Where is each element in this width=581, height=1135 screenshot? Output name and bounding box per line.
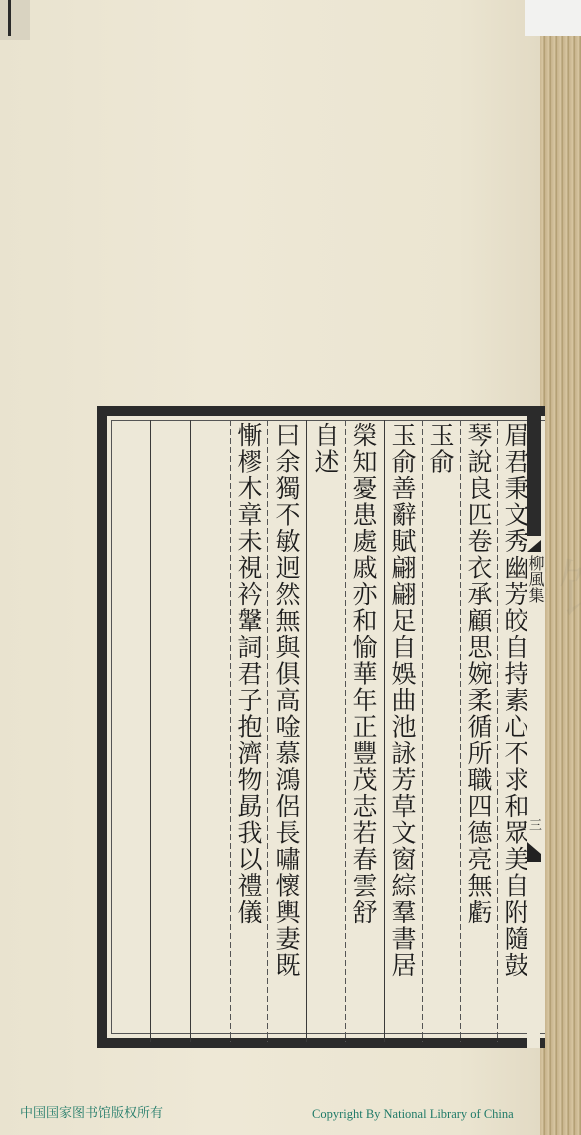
text-column-5: 榮知憂患處戚亦和愉華年正豐茂志若春雲舒 <box>348 422 378 926</box>
column-rule <box>306 420 307 1042</box>
page-edge-strip <box>0 0 30 40</box>
text-column-4: 玉俞善辭賦翩翩足自娛曲池詠芳草文窗綜羣書居 <box>387 422 417 979</box>
column-rule <box>190 420 191 1042</box>
text-column-6-heading: 自述 <box>310 422 340 475</box>
banxin-title: 柳風集 <box>527 555 543 603</box>
column-rule <box>384 420 385 1042</box>
text-column-1: 眉君秉文秀幽芳皎自持素心不求和眾美自附隨鼓 <box>500 422 530 979</box>
edge-bar <box>8 0 11 36</box>
column-rule <box>497 420 498 1042</box>
column-rule <box>150 420 151 1042</box>
text-column-3-heading: 玉俞 <box>425 422 455 475</box>
copyright-english: Copyright By National Library of China <box>312 1107 514 1122</box>
text-column-8: 慚樛木章未視衿鞶詞君子抱濟物勗我以禮儀 <box>233 422 263 926</box>
text-column-2: 琴說良匹卷衣承顧思婉柔循所職四德亮無虧 <box>463 422 493 926</box>
text-column-7: 曰余獨不敏迥然無與俱高唫慕鴻侶長嘯懷輿妻既 <box>271 422 301 979</box>
banxin-page-number: 三 <box>527 818 543 831</box>
column-rule <box>230 420 231 1042</box>
column-rule <box>267 420 268 1042</box>
column-rule <box>345 420 346 1042</box>
banxin-black-mouth <box>527 406 541 536</box>
copyright-chinese: 中国国家图书馆版权所有 <box>20 1102 163 1121</box>
column-rule <box>422 420 423 1042</box>
column-rule <box>460 420 461 1042</box>
scan-background <box>525 0 581 36</box>
